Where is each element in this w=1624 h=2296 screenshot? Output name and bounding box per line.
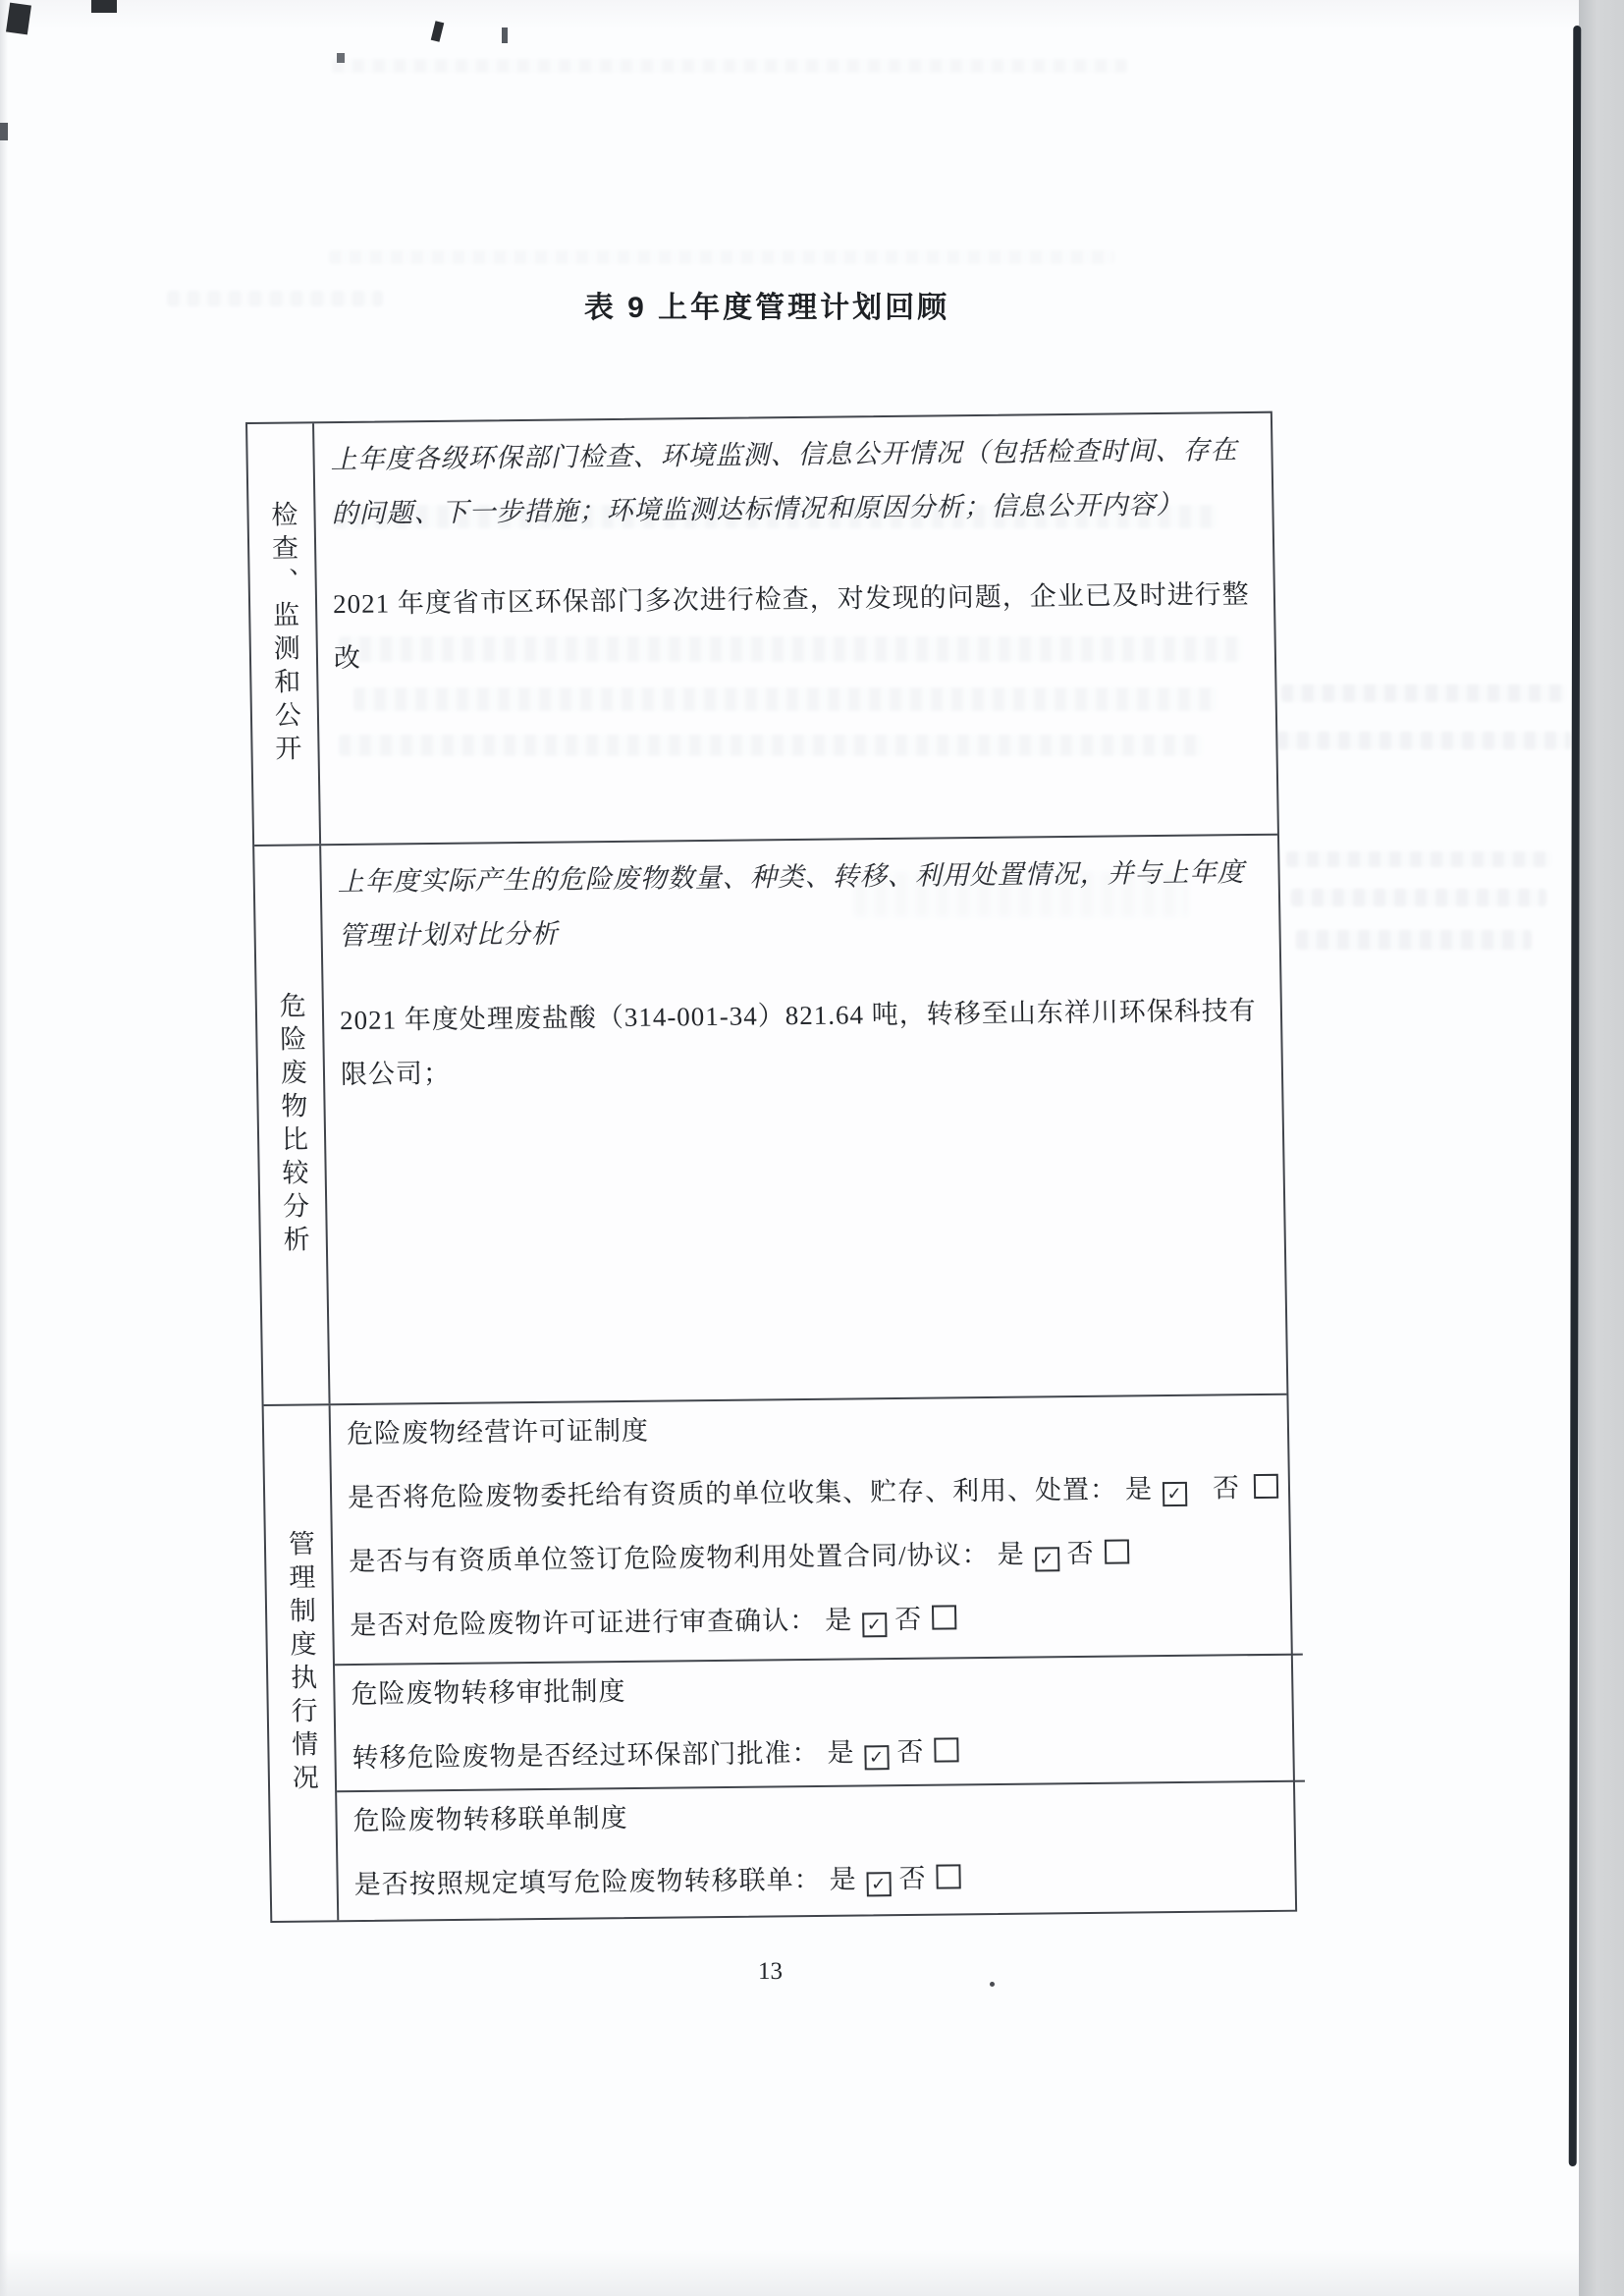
bleed-through-smudge [1276, 732, 1571, 749]
scanned-document-page: { "title": "表 9 上年度管理计划回顾", "page_number… [0, 0, 1624, 2296]
table-row-inspection: 检查、监测和公开 上年度各级环保部门检查、环境监测、信息公开情况（包括检查时间、… [247, 413, 1277, 845]
subsection-title: 危险废物经营许可证制度 [347, 1407, 1277, 1451]
subsection-transfer-approval: 危险废物转移审批制度 转移危险废物是否经过环保部门批准：是✓否 [335, 1654, 1305, 1791]
scan-speck [990, 1982, 995, 1987]
no-checkbox[interactable] [936, 1864, 960, 1888]
bleed-through-smudge [1286, 851, 1551, 867]
no-checkbox[interactable] [932, 1606, 956, 1630]
scan-speck [0, 123, 8, 140]
bleed-through-smudge [1291, 889, 1546, 906]
question-text: 是否将危险废物委托给有资质的单位收集、贮存、利用、处置： [348, 1475, 1117, 1512]
yes-checkbox[interactable]: ✓ [1035, 1547, 1059, 1571]
question-text: 是否对危险废物许可证进行审查确认： [350, 1606, 817, 1640]
scan-speck [431, 21, 445, 42]
cell-body-text: 2021 年度省市区环保部门多次进行检查，对发现的问题，企业已及时进行整改 [333, 568, 1254, 686]
table-row-waste-comparison: 危险废物比较分析 上年度实际产生的危险废物数量、种类、转移、利用处置情况，并与上… [254, 834, 1286, 1404]
question-text: 是否按照规定填写危险废物转移联单： [353, 1865, 821, 1899]
question-line: 是否按照规定填写危险废物转移联单：是✓否 [353, 1858, 1284, 1902]
yes-label: 是 [827, 1738, 854, 1768]
subsection-title: 危险废物转移审批制度 [351, 1667, 1281, 1712]
yes-checkbox[interactable]: ✓ [862, 1613, 887, 1637]
question-text: 是否与有资质单位签订危险废物利用处置合同/协议： [349, 1540, 990, 1576]
no-label: 否 [894, 1605, 922, 1634]
row-label: 检查、监测和公开 [266, 500, 299, 767]
no-label: 否 [898, 1864, 926, 1893]
row-label-cell: 危险废物比较分析 [254, 846, 330, 1404]
bleed-through-smudge [1281, 684, 1566, 702]
scan-speck [6, 3, 31, 35]
page-title: 表 9 上年度管理计划回顾 [0, 283, 1624, 326]
left-edge-shading [0, 0, 8, 2296]
row-label-cell: 管理制度执行情况 [264, 1405, 340, 1921]
subsection-title: 危险废物转移联单制度 [352, 1794, 1283, 1838]
yes-checkbox[interactable]: ✓ [1163, 1482, 1187, 1506]
question-line: 是否与有资质单位签订危险废物利用处置合同/协议：是✓否 [349, 1535, 1279, 1579]
check-icon: ✓ [866, 1747, 887, 1768]
no-checkbox[interactable] [1254, 1474, 1278, 1499]
no-label: 否 [1213, 1473, 1240, 1503]
row-label: 危险废物比较分析 [275, 991, 308, 1258]
question-text: 转移危险废物是否经过环保部门批准： [352, 1738, 819, 1773]
no-checkbox[interactable] [1104, 1540, 1128, 1564]
yes-label: 是 [829, 1865, 856, 1894]
no-checkbox[interactable] [934, 1737, 958, 1762]
cell-header-text: 上年度各级环保部门检查、环境监测、信息公开情况（包括检查时间、存在的问题、下一步… [330, 423, 1251, 542]
page-number: 13 [758, 1958, 783, 1986]
question-line: 转移危险废物是否经过环保部门批准：是✓否 [352, 1731, 1282, 1776]
subsections-column: 危险废物经营许可证制度 是否将危险废物委托给有资质的单位收集、贮存、利用、处置：… [331, 1395, 1308, 1921]
row-label-cell: 检查、监测和公开 [247, 423, 321, 845]
yes-label: 是 [997, 1540, 1024, 1569]
cell-header-text: 上年度实际产生的危险废物数量、种类、转移、利用处置情况，并与上年度管理计划对比分… [337, 846, 1258, 964]
row-content-cell: 上年度实际产生的危险废物数量、种类、转移、利用处置情况，并与上年度管理计划对比分… [321, 836, 1286, 1404]
scanner-background-strip [1579, 0, 1624, 2296]
management-plan-review-table: 检查、监测和公开 上年度各级环保部门检查、环境监测、信息公开情况（包括检查时间、… [245, 411, 1297, 1923]
no-label: 否 [896, 1737, 924, 1767]
yes-checkbox[interactable]: ✓ [864, 1745, 889, 1770]
bleed-through-smudge [1296, 930, 1532, 950]
check-icon: ✓ [869, 1874, 890, 1894]
table-row-management-systems: 管理制度执行情况 危险废物经营许可证制度 是否将危险废物委托给有资质的单位收集、… [264, 1394, 1296, 1921]
no-label: 否 [1066, 1539, 1094, 1568]
question-line: 是否将危险废物委托给有资质的单位收集、贮存、利用、处置：是✓否 [348, 1471, 1278, 1515]
row-label: 管理制度执行情况 [284, 1529, 317, 1796]
yes-checkbox[interactable]: ✓ [866, 1872, 891, 1896]
bleed-through-smudge [332, 59, 1127, 73]
scan-speck [91, 0, 117, 13]
subsection-operating-license: 危险废物经营许可证制度 是否将危险废物委托给有资质的单位收集、贮存、利用、处置：… [331, 1395, 1303, 1665]
question-line: 是否对危险废物许可证进行审查确认：是✓否 [350, 1599, 1280, 1643]
cell-body-text: 2021 年度处理废盐酸（314-001-34）821.64 吨，转移至山东祥川… [340, 984, 1261, 1103]
row-content-cell: 上年度各级环保部门检查、环境监测、信息公开情况（包括检查时间、存在的问题、下一步… [314, 413, 1277, 845]
check-icon: ✓ [1164, 1484, 1185, 1504]
scan-speck [502, 27, 508, 43]
subsection-transfer-manifest: 危险废物转移联单制度 是否按照规定填写危险废物转移联单：是✓否 [337, 1780, 1307, 1921]
check-icon: ✓ [1037, 1549, 1057, 1569]
yes-label: 是 [825, 1606, 852, 1635]
check-icon: ✓ [864, 1614, 885, 1635]
yes-label: 是 [1125, 1474, 1153, 1503]
bleed-through-smudge [329, 250, 1114, 264]
